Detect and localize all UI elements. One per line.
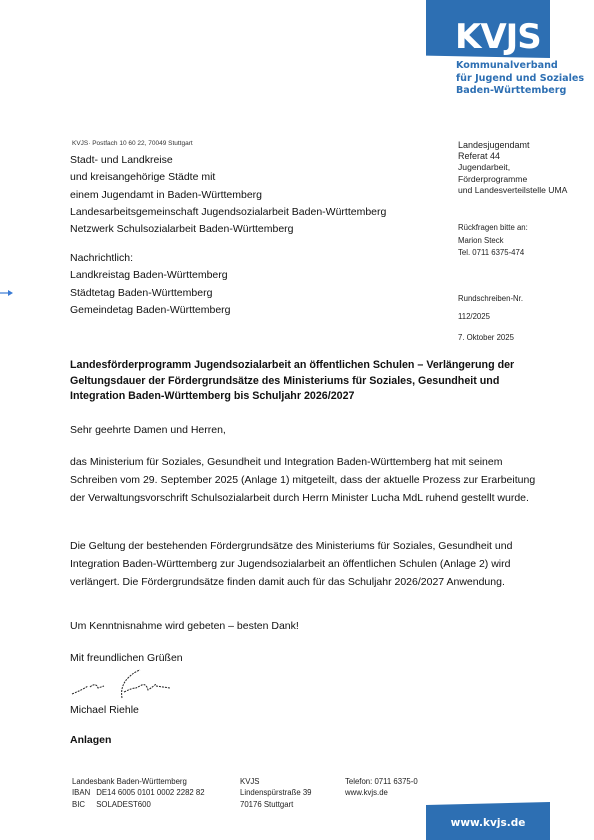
cc-label: Nachrichtlich: (70, 250, 231, 267)
website-banner-link[interactable]: www.kvjs.de (426, 802, 550, 840)
letter-date: 7. Oktober 2025 (458, 332, 514, 343)
footer-phone: Telefon: 0711 6375-0 (345, 776, 418, 787)
attachments-heading: Anlagen (70, 731, 540, 749)
footer-address: KVJS Lindenspürstraße 39 70176 Stuttgart (240, 776, 312, 810)
department-line: Jugendarbeit, (458, 162, 567, 173)
address-line: 70176 Stuttgart (240, 799, 312, 810)
address-line: KVJS (240, 776, 312, 787)
footer-contact: Telefon: 0711 6375-0 www.kvjs.de (345, 776, 418, 799)
iban-value: DE14 6005 0101 0002 2282 82 (96, 787, 210, 798)
footer-website-link[interactable]: www.kvjs.de (345, 787, 418, 798)
recipient-block: Stadt- und Landkreise und kreisangehörig… (70, 152, 386, 238)
logo-brand: KVJS (455, 17, 541, 57)
circular-label: Rundschreiben-Nr. (458, 293, 523, 304)
signature-image (70, 668, 180, 705)
bank-name: Landesbank Baden-Württemberg (72, 776, 211, 787)
contact-phone: Tel. 0711 6375-474 (458, 247, 528, 260)
contact-block: Rückfragen bitte an: Marion Steck Tel. 0… (458, 222, 528, 260)
department-line: und Landesverteilstelle UMA (458, 185, 567, 196)
contact-name: Marion Steck (458, 235, 528, 248)
sender-return-address: KVJS· Postfach 10 60 22, 70049 Stuttgart (72, 140, 193, 147)
cc-item: Städtetag Baden-Württemberg (70, 285, 231, 302)
body-paragraph: Um Kenntnisnahme wird gebeten – besten D… (70, 617, 540, 635)
department-line: Referat 44 (458, 151, 567, 162)
footer-bank: Landesbank Baden-Württemberg IBANDE14 60… (72, 776, 211, 810)
recipient-line: und kreisangehörige Städte mit (70, 169, 386, 186)
recipient-line: Landesarbeitsgemeinschaft Jugendsozialar… (70, 204, 386, 221)
logo-subtitle-line: Kommunalverband (456, 60, 584, 73)
body-paragraph: Die Geltung der bestehenden Fördergrunds… (70, 537, 540, 591)
subject-heading: Landesförderprogramm Jugendsozialarbeit … (70, 358, 540, 405)
logo-subtitle-line: Baden-Württemberg (456, 85, 584, 98)
address-line: Lindenspürstraße 39 (240, 787, 312, 798)
department-line: Landesjugendamt (458, 140, 567, 151)
salutation: Sehr geehrte Damen und Herren, (70, 421, 540, 439)
department-block: Landesjugendamt Referat 44 Jugendarbeit,… (458, 140, 567, 196)
recipient-line: Netzwerk Schulsozialarbeit Baden-Württem… (70, 221, 386, 238)
contact-label: Rückfragen bitte an: (458, 222, 528, 235)
bic-value: SOLADEST600 (96, 799, 210, 810)
arrow-right-icon (0, 288, 14, 300)
logo-subtitle-line: für Jugend und Soziales (456, 73, 584, 86)
iban-label: IBAN (72, 787, 96, 798)
body-paragraph: das Ministerium für Soziales, Gesundheit… (70, 453, 540, 507)
department-line: Förderprogramme (458, 174, 567, 185)
signer-name: Michael Riehle (70, 701, 540, 719)
logo-subtitle: Kommunalverband für Jugend und Soziales … (456, 60, 584, 98)
cc-block: Nachrichtlich: Landkreistag Baden-Württe… (70, 250, 231, 319)
cc-item: Landkreistag Baden-Württemberg (70, 267, 231, 284)
closing: Mit freundlichen Grüßen (70, 649, 540, 667)
bic-label: BIC (72, 799, 96, 810)
cc-item: Gemeindetag Baden-Württemberg (70, 302, 231, 319)
recipient-line: einem Jugendamt in Baden-Württemberg (70, 187, 386, 204)
circular-number: 112/2025 (458, 311, 490, 322)
recipient-line: Stadt- und Landkreise (70, 152, 386, 169)
